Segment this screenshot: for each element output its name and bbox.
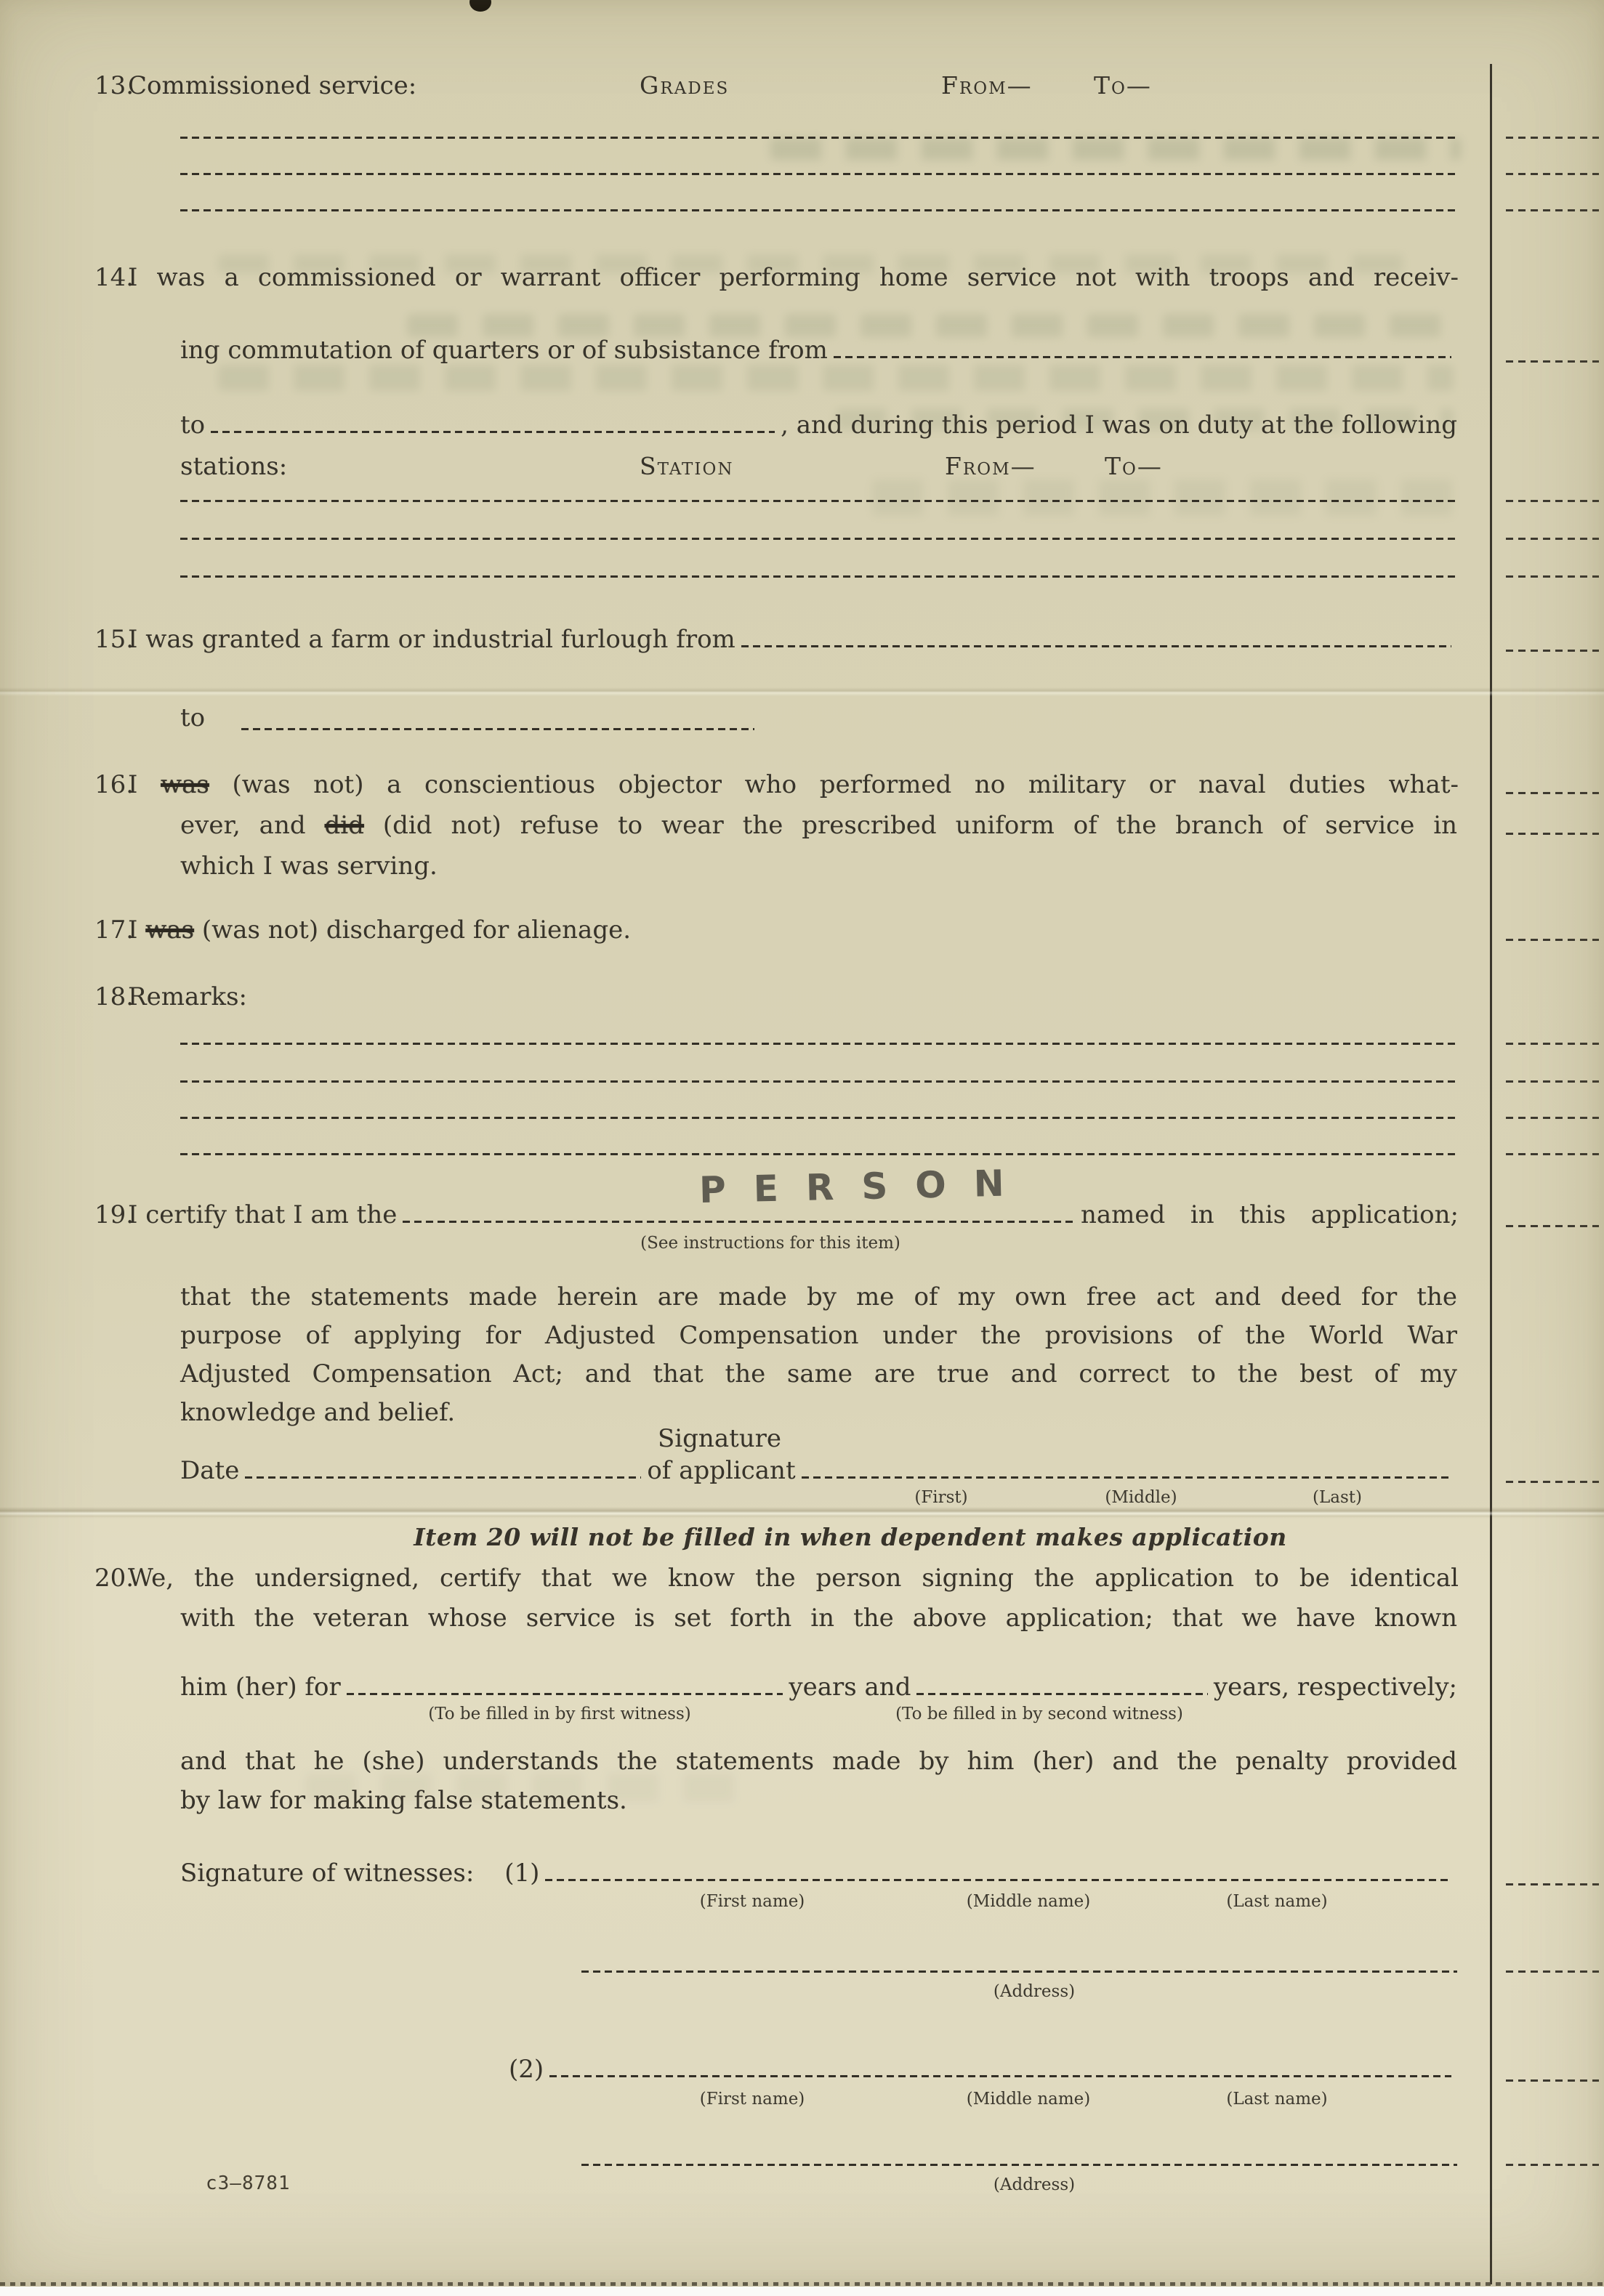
scanned-form-page: 13. Commissioned service: Grades From— T… bbox=[0, 0, 1604, 2296]
fill-blank bbox=[403, 1221, 1075, 1223]
item-20-years-row: him (her) for years and years, respectiv… bbox=[180, 1673, 1457, 1702]
date-label: Date bbox=[180, 1456, 239, 1486]
item-13-fill-line bbox=[180, 173, 1457, 175]
item-15-line1: I was granted a farm or industrial furlo… bbox=[128, 625, 1457, 655]
applicant-signature-blank bbox=[802, 1476, 1451, 1479]
signature-label-top: Signature bbox=[658, 1424, 781, 1454]
remarks-fill-line bbox=[180, 1043, 1457, 1045]
witness1-years-blank bbox=[347, 1693, 783, 1695]
caption-address: (Address) bbox=[994, 1982, 1075, 2001]
item-14-col-station: Station bbox=[640, 452, 733, 480]
remarks-fill-line bbox=[180, 1153, 1457, 1155]
item-13-col-from: From— bbox=[941, 71, 1033, 100]
bleedthrough-mark bbox=[218, 365, 1454, 391]
caption-last-name: (Last name) bbox=[1226, 1892, 1327, 1911]
item-13-fill-line bbox=[180, 209, 1457, 211]
fill-blank bbox=[741, 645, 1451, 647]
item-13-fill-line bbox=[180, 137, 1457, 139]
station-fill-line bbox=[180, 575, 1457, 578]
item-19-para3: Adjusted Compensation Act; and that the … bbox=[180, 1359, 1457, 1389]
scan-artifact-mark bbox=[469, 0, 491, 12]
item-15-to-label: to bbox=[180, 703, 205, 733]
item-16-line1: I was (was not) a conscientious objector… bbox=[128, 770, 1459, 800]
item-20-him-label: him (her) for bbox=[180, 1673, 341, 1702]
witness1-num: (1) bbox=[504, 1859, 539, 1888]
item-13-col-grades: Grades bbox=[640, 71, 729, 100]
item-19-pre: I certify that I am the bbox=[128, 1200, 397, 1230]
witness2-signature-row: (2) bbox=[509, 2055, 1457, 2085]
item-16-struck-did: did bbox=[325, 811, 364, 840]
remarks-fill-line bbox=[180, 1080, 1457, 1083]
margin-fill-line bbox=[1506, 1481, 1599, 1483]
item-19-instruction-note: (See instructions for this item) bbox=[640, 1234, 900, 1253]
item-16-line2-pre: ever, and bbox=[180, 811, 306, 840]
fill-blank bbox=[834, 356, 1451, 358]
witness-signature-label: Signature of witnesses: bbox=[180, 1859, 474, 1888]
witness2-num: (2) bbox=[509, 2055, 544, 2085]
caption-first: (First) bbox=[914, 1488, 967, 1507]
item-20-line2: with the veteran whose service is set fo… bbox=[180, 1604, 1457, 1633]
margin-fill-line bbox=[1506, 2079, 1599, 2082]
caption-middle: (Middle) bbox=[1105, 1488, 1177, 1507]
item-16-line3: which I was serving. bbox=[180, 852, 438, 881]
margin-fill-line bbox=[1506, 137, 1599, 139]
item-17-line: I was (was not) discharged for alienage. bbox=[128, 915, 631, 945]
margin-fill-line bbox=[1506, 1883, 1599, 1885]
caption-address: (Address) bbox=[994, 2175, 1075, 2194]
margin-fill-line bbox=[1506, 209, 1599, 211]
caption-second-witness: (To be filled in by second witness) bbox=[895, 1705, 1183, 1723]
form-print-number: c3—8781 bbox=[206, 2172, 291, 2194]
item-14-line2-text: ing commutation of quarters or of subsis… bbox=[180, 336, 828, 365]
item-14-line3-text: , and during this period I was on duty a… bbox=[781, 411, 1457, 440]
date-signature-row: Date of applicant bbox=[180, 1456, 1457, 1486]
item-17-post: (was not) discharged for alienage. bbox=[202, 915, 631, 945]
bleedthrough-mark bbox=[872, 480, 1454, 516]
item-16-line1-pre: I bbox=[128, 770, 137, 799]
remarks-fill-line bbox=[180, 1117, 1457, 1119]
witness1-name-blank bbox=[545, 1879, 1451, 1881]
item-20-years-respectively: years, respectively; bbox=[1214, 1673, 1457, 1702]
witness2-years-blank bbox=[916, 1693, 1207, 1695]
paper-torn-edge bbox=[0, 2282, 1604, 2286]
item-14-to-label: to bbox=[180, 411, 205, 440]
item-14-col-from: From— bbox=[945, 452, 1036, 480]
item-20-line4: by law for making false statements. bbox=[180, 1786, 627, 1816]
item-19-para2: purpose of applying for Adjusted Compens… bbox=[180, 1321, 1457, 1351]
witness2-address-blank bbox=[581, 2164, 1457, 2166]
fill-blank bbox=[211, 431, 775, 433]
margin-fill-line bbox=[1506, 1153, 1599, 1155]
fold-crease bbox=[0, 687, 1604, 696]
item-19-post: named in this application; bbox=[1081, 1200, 1459, 1230]
margin-fill-line bbox=[1506, 650, 1599, 652]
date-fill-blank bbox=[245, 1476, 641, 1479]
item-20-line3: and that he (she) understands the statem… bbox=[180, 1747, 1457, 1776]
caption-first-name: (First name) bbox=[700, 2090, 805, 2109]
item-16-line2-post: (did not) refuse to wear the prescribed … bbox=[383, 811, 1457, 840]
item-19-para1: that the statements made herein are made… bbox=[180, 1282, 1457, 1312]
margin-fill-line bbox=[1506, 2164, 1599, 2166]
item-16-struck-was: was bbox=[161, 770, 209, 799]
handwritten-person-entry: PERSON bbox=[698, 1162, 1032, 1211]
item-15-text: I was granted a farm or industrial furlo… bbox=[128, 625, 735, 655]
witness2-name-blank bbox=[549, 2075, 1451, 2077]
margin-rule bbox=[1490, 64, 1492, 2284]
margin-fill-line bbox=[1506, 1970, 1599, 1973]
margin-fill-line bbox=[1506, 1225, 1599, 1227]
item-18-label: Remarks: bbox=[128, 982, 247, 1012]
caption-middle-name: (Middle name) bbox=[967, 2090, 1091, 2109]
margin-fill-line bbox=[1506, 939, 1599, 941]
caption-first-name: (First name) bbox=[700, 1892, 805, 1911]
item-16-line1-post: (was not) a conscientious objector who p… bbox=[232, 770, 1459, 799]
bleedthrough-mark bbox=[770, 138, 1461, 160]
item-13-col-to: To— bbox=[1094, 71, 1152, 100]
caption-first-witness: (To be filled in by first witness) bbox=[428, 1705, 691, 1723]
witness1-address-blank bbox=[581, 1970, 1457, 1973]
item-19-para4: knowledge and belief. bbox=[180, 1398, 455, 1428]
caption-last-name: (Last name) bbox=[1226, 2090, 1327, 2109]
margin-fill-line bbox=[1506, 538, 1599, 540]
item-15-fill-line bbox=[241, 728, 754, 730]
caption-last: (Last) bbox=[1313, 1488, 1362, 1507]
station-fill-line bbox=[180, 538, 1457, 540]
margin-fill-line bbox=[1506, 575, 1599, 578]
margin-fill-line bbox=[1506, 500, 1599, 502]
witness1-signature-row: Signature of witnesses: (1) bbox=[180, 1859, 1457, 1888]
bleedthrough-mark bbox=[407, 314, 1454, 337]
margin-fill-line bbox=[1506, 360, 1599, 363]
item-14-line2: ing commutation of quarters or of subsis… bbox=[180, 336, 1457, 365]
item-14-line1: I was a commissioned or warrant officer … bbox=[128, 263, 1459, 293]
item-13-label: Commissioned service: bbox=[128, 71, 416, 101]
margin-fill-line bbox=[1506, 1043, 1599, 1045]
margin-fill-line bbox=[1506, 833, 1599, 835]
item-20-line1: We, the undersigned, certify that we kno… bbox=[128, 1564, 1459, 1593]
item-14-col-to: To— bbox=[1105, 452, 1163, 480]
margin-fill-line bbox=[1506, 792, 1599, 794]
item-20-note: Item 20 will not be filled in when depen… bbox=[218, 1523, 1483, 1551]
item-14-line3: to , and during this period I was on dut… bbox=[180, 411, 1457, 440]
paper-sheet: 13. Commissioned service: Grades From— T… bbox=[0, 0, 1604, 2287]
margin-fill-line bbox=[1506, 173, 1599, 175]
station-fill-line bbox=[180, 500, 1457, 502]
signature-label-bottom: of applicant bbox=[647, 1456, 795, 1486]
item-17-pre: I bbox=[128, 915, 137, 945]
margin-fill-line bbox=[1506, 1117, 1599, 1119]
item-16-line2: ever, and did (did not) refuse to wear t… bbox=[180, 811, 1457, 841]
item-14-stations-label: stations: bbox=[180, 452, 287, 482]
margin-fill-line bbox=[1506, 1080, 1599, 1083]
fold-crease bbox=[0, 1507, 1604, 1519]
item-17-struck-was: was bbox=[145, 915, 194, 945]
caption-middle-name: (Middle name) bbox=[967, 1892, 1091, 1911]
item-20-years-and: years and bbox=[789, 1673, 911, 1702]
